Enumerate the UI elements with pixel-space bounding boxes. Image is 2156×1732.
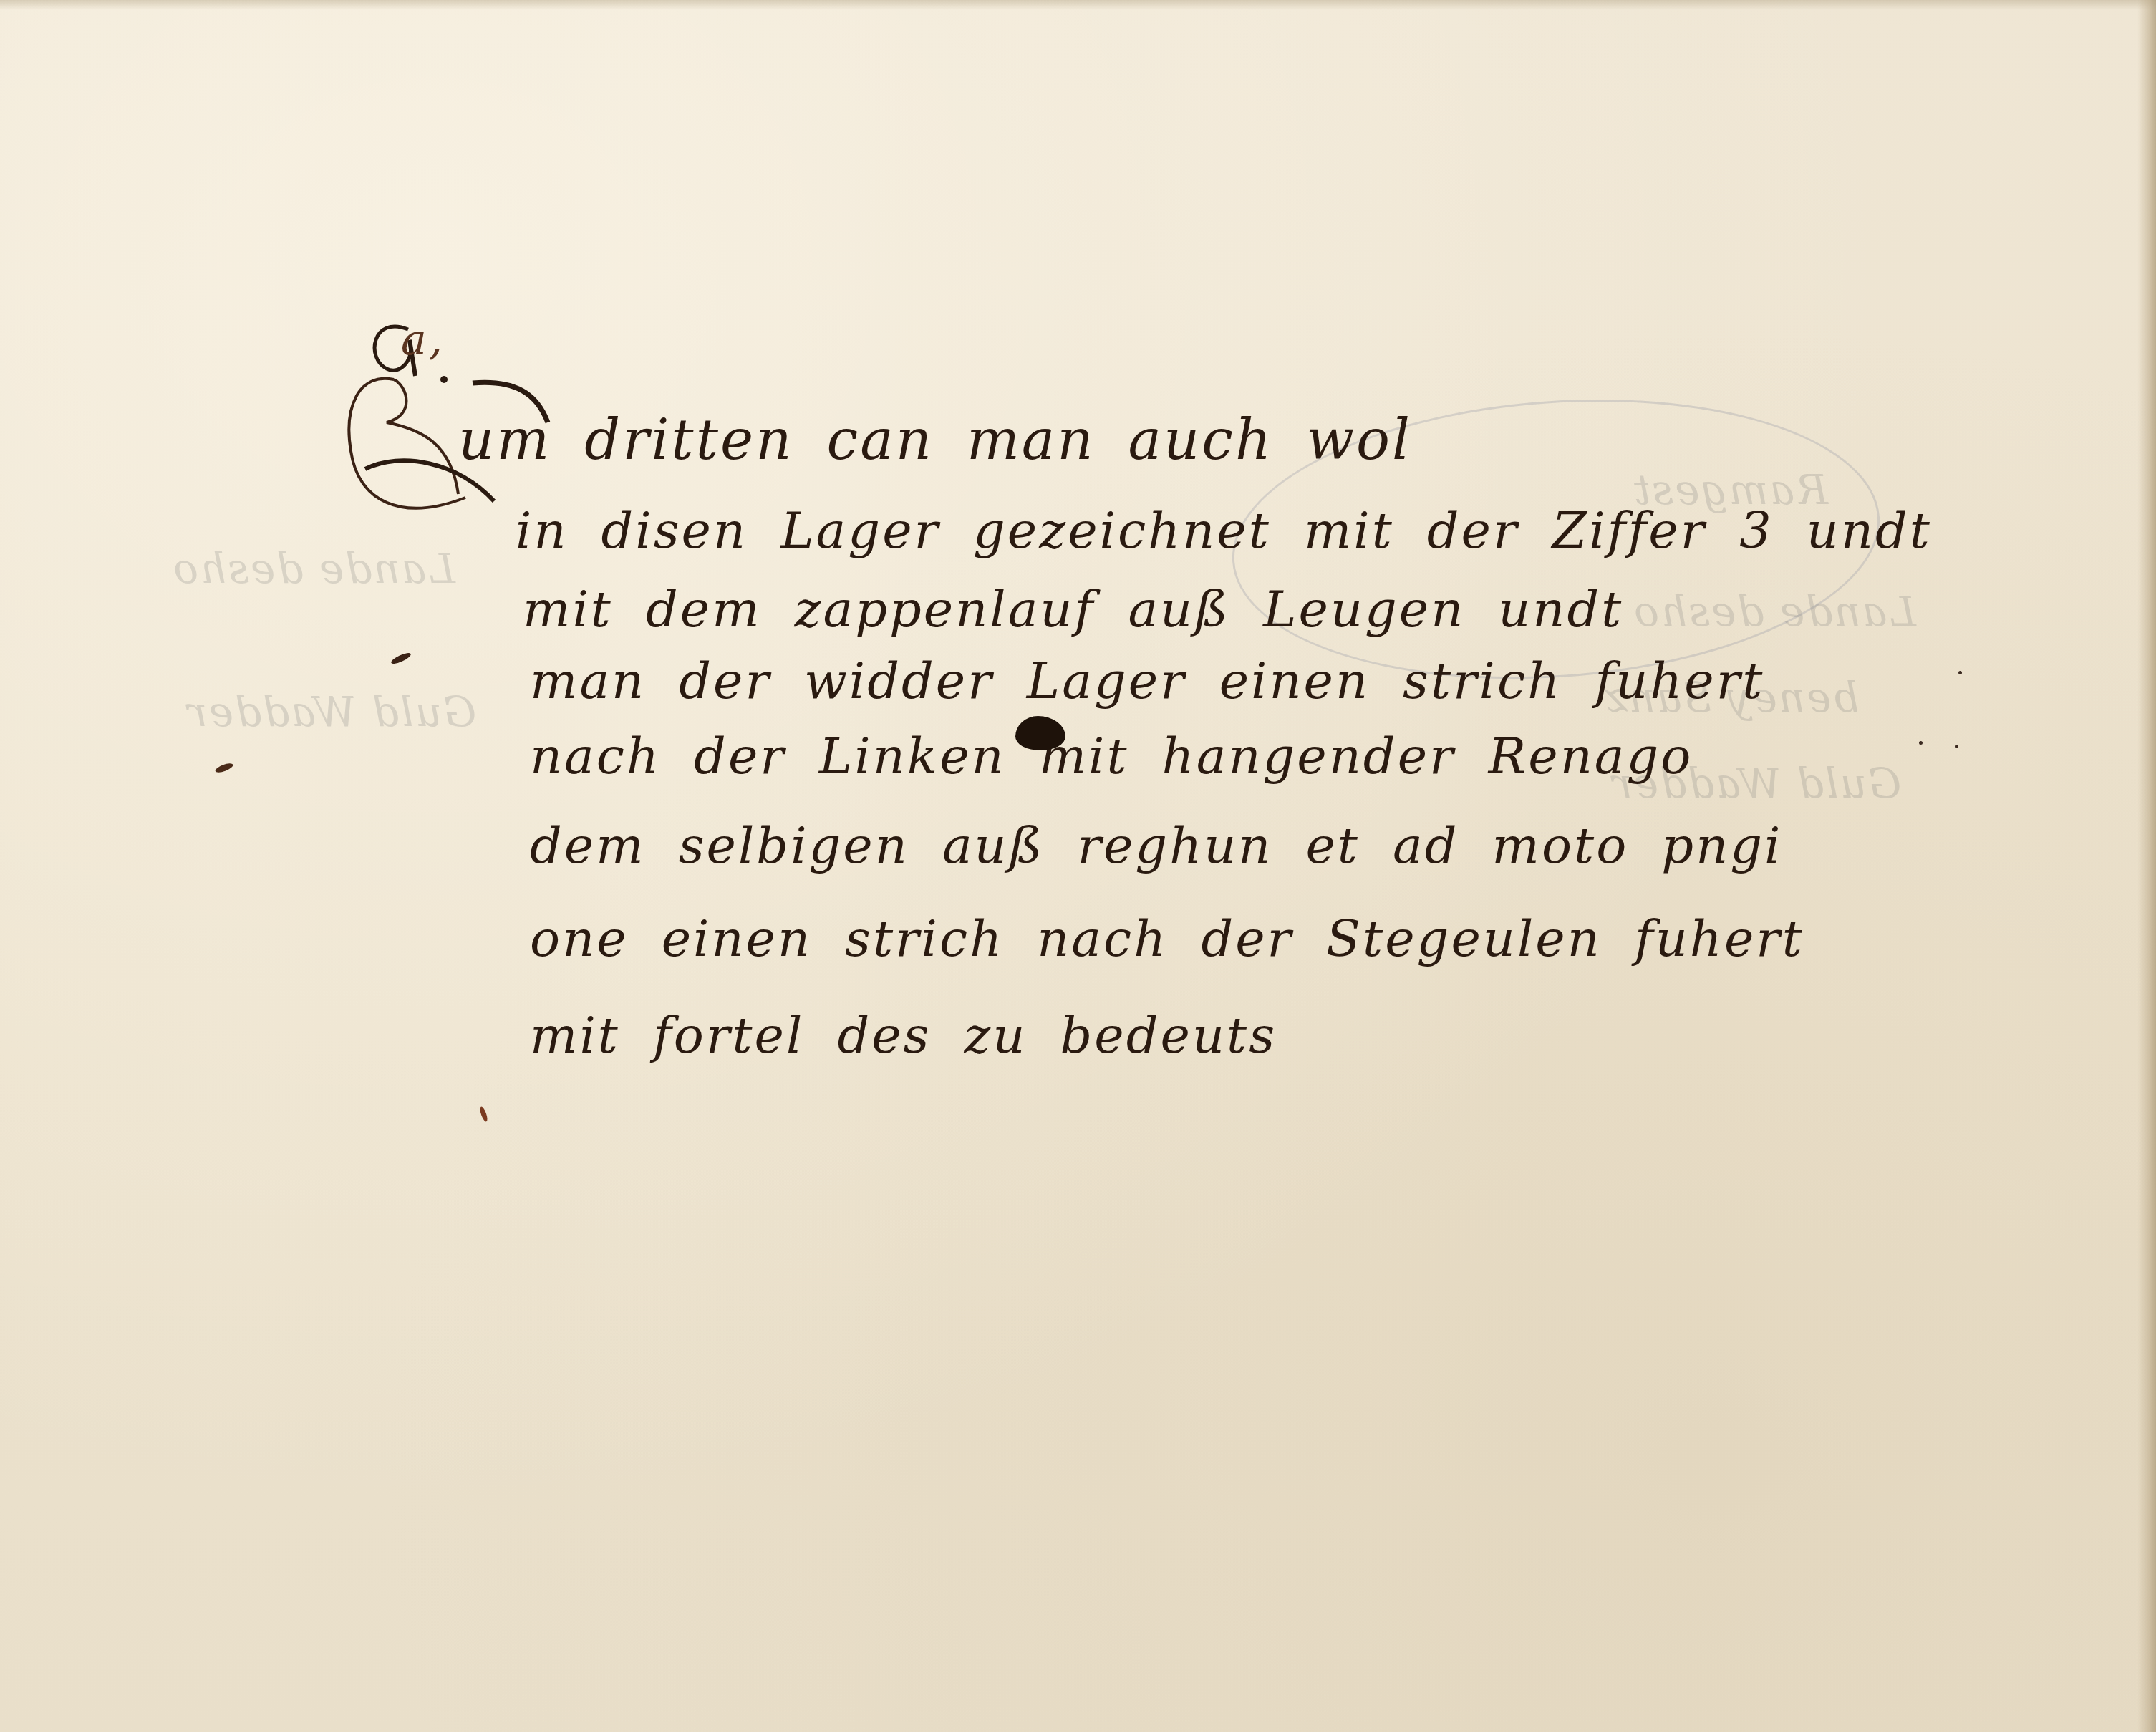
manuscript-line-2: indisenLagergezeichnetmitderZiffer3undt: [516, 501, 1965, 560]
ink-speck: [1955, 745, 1958, 748]
ink-speck: [478, 1106, 488, 1122]
bleed-through-text: Lande desho: [172, 544, 455, 593]
bleed-through-text: Lande desho: [1633, 587, 1916, 636]
ink-speck: [1919, 741, 1923, 745]
marginal-mark: a,: [401, 315, 445, 365]
ink-blot: [1015, 716, 1065, 750]
page-top-edge: [0, 0, 2156, 10]
manuscript-line-4: manderwidderLagereinenstrichfuhert: [530, 652, 1797, 710]
ink-speck: [1958, 671, 1962, 674]
manuscript-line-6: demselbigenaußreghunetadmotopngi: [530, 816, 1815, 875]
manuscript-page: Ramgest Lande desho beney Sanz Guld Wadd…: [0, 0, 2156, 1732]
manuscript-line-7: oneeinenstrichnachderStegeulenfuhert: [530, 909, 1837, 968]
manuscript-line-1: umdrittencanmanauchwol: [458, 408, 1445, 473]
manuscript-line-5: nachderLinkenmithangenderRenago: [530, 727, 1726, 785]
ink-stroke-mark: [390, 651, 412, 666]
page-right-edge: [2137, 0, 2156, 1732]
manuscript-line-3: mitdemzappenlaufaußLeugenundt: [523, 580, 1656, 639]
ink-stroke-mark: [214, 762, 234, 774]
manuscript-line-8: mitforteldeszubedeuts: [530, 1006, 1310, 1065]
bleed-through-text: Guld Wadder: [186, 687, 476, 736]
